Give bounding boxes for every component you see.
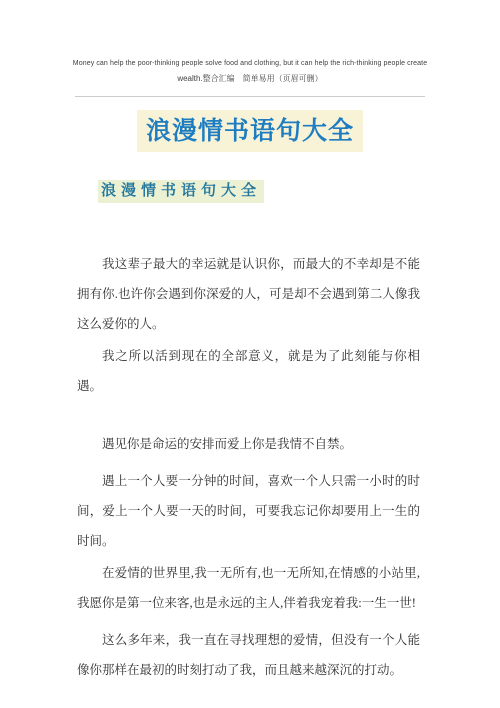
paragraph: 遇上一个人要一分钟的时间，喜欢一个人只需一小时的时间，爱上一个人要一天的时间，可… xyxy=(77,466,420,556)
page-header: Money can help the poor-thinking people … xyxy=(0,0,500,86)
paragraph: 这么多年来，我一直在寻找理想的爱情，但没有一个人能像你那样在最初的时刻打动了我，… xyxy=(77,625,420,685)
header-divider xyxy=(75,96,425,97)
section-heading: 浪漫情书语句大全 xyxy=(98,175,420,203)
paragraph: 我之所以活到现在的全部意义，就是为了此刻能与你相遇。 xyxy=(77,341,420,401)
document-title: 浪漫情书语句大全 xyxy=(0,110,500,152)
paragraph: 在爱情的世界里,我一无所有,也一无所知,在情感的小站里,我愿你是第一位来客,也是… xyxy=(77,558,420,618)
paragraph: 遇见你是命运的安排而爱上你是我情不自禁。 xyxy=(77,429,420,459)
paragraph: 我这辈子最大的幸运就是认识你，而最大的不幸却是不能拥有你.也许你会遇到你深爱的人… xyxy=(77,249,420,339)
document-page: Money can help the poor-thinking people … xyxy=(0,0,500,708)
document-content: 浪漫情书语句大全 我这辈子最大的幸运就是认识你，而最大的不幸却是不能拥有你.也许… xyxy=(0,175,500,685)
header-line-english: Money can help the poor-thinking people … xyxy=(0,56,500,71)
document-title-text: 浪漫情书语句大全 xyxy=(137,110,363,152)
section-heading-text: 浪漫情书语句大全 xyxy=(98,180,264,203)
header-line-chinese: wealth.整合汇编 简单易用（页眉可删） xyxy=(0,71,500,86)
document-body: 我这辈子最大的幸运就是认识你，而最大的不幸却是不能拥有你.也许你会遇到你深爱的人… xyxy=(77,249,420,685)
